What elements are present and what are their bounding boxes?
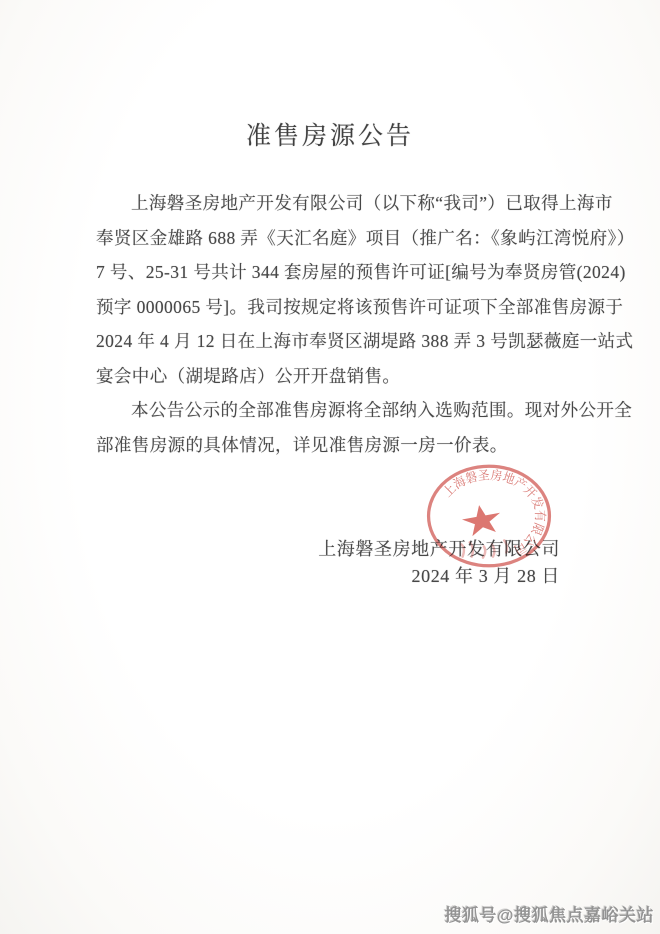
star-icon: [460, 502, 503, 538]
body-line: 部准售房源的具体情况，详见准售房源一房一价表。: [96, 428, 552, 463]
watermark-text: 搜狐号@搜狐焦点嘉峪关站: [444, 901, 654, 926]
document-body: 上海磐圣房地产开发有限公司（以下称“我司”）已取得上海市 奉贤区金雄路 688 …: [96, 186, 552, 462]
body-line: 宴会中心（湖堤路店）公开开盘销售。: [96, 359, 552, 394]
body-line: 奉贤区金雄路 688 弄《天汇名庭》项目（推广名：《象屿江湾悦府》）: [96, 221, 552, 256]
body-line: 2024 年 4 月 12 日在上海市奉贤区湖堤路 388 弄 3 号凯瑟薇庭一…: [96, 324, 552, 359]
body-line: 7 号、25-31 号共计 344 套房屋的预售许可证[编号为奉贤房管(2024…: [96, 255, 552, 290]
seal-ink-smudge: [462, 540, 507, 557]
body-line: 上海磐圣房地产开发有限公司（以下称“我司”）已取得上海市: [96, 186, 552, 221]
body-line: 预字 0000065 号]。我司按规定将该预售许可证项下全部准售房源于: [96, 290, 552, 325]
announcement-document: 准售房源公告 上海磐圣房地产开发有限公司（以下称“我司”）已取得上海市 奉贤区金…: [0, 0, 660, 934]
body-line: 本公告公示的全部准售房源将全部纳入选购范围。现对外公开全: [96, 393, 552, 428]
document-title: 准售房源公告: [0, 116, 660, 152]
official-seal: 上海磐圣房地产开发有限公司: [425, 462, 553, 570]
